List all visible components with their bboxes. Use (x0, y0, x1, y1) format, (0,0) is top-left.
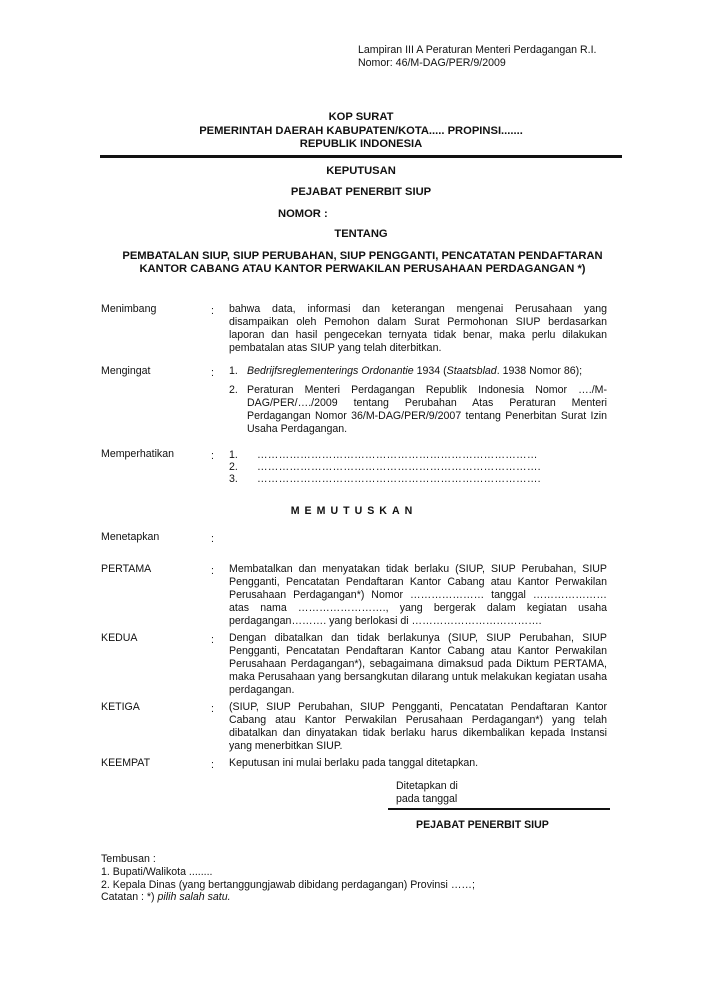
separator-colon: : (211, 305, 214, 318)
legal-reference-italic: Bedrijfsreglementerings Ordonantie (247, 365, 414, 377)
diktum-label: KETIGA (101, 701, 140, 714)
list-item: 1. …………………………………………………………………… (229, 449, 607, 461)
letterhead-divider (100, 155, 622, 158)
list-item: 2. ……………………………………………………………………. (229, 461, 607, 473)
diktum-text: (SIUP, SIUP Perubahan, SIUP Pengganti, P… (229, 701, 607, 753)
note-text: pilih salah satu. (158, 891, 231, 903)
diktum-content: (SIUP, SIUP Perubahan, SIUP Pengganti, P… (229, 701, 607, 753)
decree-number-label: NOMOR : (278, 208, 328, 221)
signature-date: pada tanggal (396, 793, 458, 806)
carbon-copy-item: 2. Kepala Dinas (yang bertanggungjawab d… (101, 879, 475, 892)
diktum-text: Dengan dibatalkan dan tidak berlakunya (… (229, 632, 607, 697)
item-number: 3. (229, 473, 238, 486)
separator-colon: : (211, 565, 214, 578)
section-label: Memperhatikan (101, 448, 174, 461)
carbon-copy-item: 1. Bupati/Walikota ........ (101, 866, 475, 879)
separator-colon: : (211, 533, 214, 546)
decision-heading: MEMUTUSKAN (100, 505, 608, 518)
separator-colon: : (211, 703, 214, 716)
item-number: 1. (229, 365, 238, 378)
letterhead: KOP SURAT PEMERINTAH DAERAH KABUPATEN/KO… (100, 111, 622, 152)
diktum-text: Keputusan ini mulai berlaku pada tanggal… (229, 757, 607, 770)
list-item: 3. ……………………………………………………………………. (229, 473, 607, 485)
diktum-content: Dengan dibatalkan dan tidak berlakunya (… (229, 632, 607, 697)
about-heading: TENTANG (100, 228, 622, 241)
diktum-label: PERTAMA (101, 563, 151, 576)
diktum-content: Keputusan ini mulai berlaku pada tanggal… (229, 757, 607, 770)
signature-block: Ditetapkan di pada tanggal (396, 780, 458, 806)
separator-colon: : (211, 450, 214, 463)
list-item: 1. Bedrijfsreglementerings Ordonantie 19… (229, 365, 607, 378)
menimbang-text: bahwa data, informasi dan keterangan men… (229, 303, 607, 355)
decree-heading: KEPUTUSAN (100, 165, 622, 178)
separator-colon: : (211, 634, 214, 647)
separator-colon: : (211, 759, 214, 772)
list-item: 2. Peraturan Menteri Perdagangan Republi… (229, 384, 607, 436)
lampiran-line-1: Lampiran III A Peraturan Menteri Perdaga… (358, 44, 597, 57)
section-content: 1. …………………………………………………………………… 2. …………………… (229, 449, 607, 485)
letterhead-title: KOP SURAT (100, 111, 622, 125)
section-content: bahwa data, informasi dan keterangan men… (229, 303, 607, 355)
signature-divider (388, 808, 610, 810)
section-label: Menimbang (101, 303, 156, 316)
carbon-copy-section: Tembusan : 1. Bupati/Walikota ........ 2… (101, 853, 475, 904)
signature-title: PEJABAT PENERBIT SIUP (416, 819, 549, 832)
legal-reference-text: . 1938 Nomor 86); (497, 365, 582, 377)
letterhead-government: PEMERINTAH DAERAH KABUPATEN/KOTA..... PR… (100, 125, 622, 139)
diktum-text: Membatalkan dan menyatakan tidak berlaku… (229, 563, 607, 628)
diktum-label: KEEMPAT (101, 757, 150, 770)
separator-colon: : (211, 367, 214, 380)
decree-subject: PEMBATALAN SIUP, SIUP PERUBAHAN, SIUP PE… (110, 250, 615, 276)
legal-reference-italic: Staatsblad (447, 365, 497, 377)
section-label: Mengingat (101, 365, 150, 378)
signature-place: Ditetapkan di (396, 780, 458, 793)
note: Catatan : *) pilih salah satu. (101, 891, 475, 904)
section-content: 1. Bedrijfsreglementerings Ordonantie 19… (229, 365, 607, 436)
legal-reference-text: Peraturan Menteri Perdagangan Republik I… (247, 384, 607, 436)
section-label: Menetapkan (101, 531, 159, 544)
letterhead-country: REPUBLIK INDONESIA (100, 138, 622, 152)
diktum-label: KEDUA (101, 632, 138, 645)
issuer-heading: PEJABAT PENERBIT SIUP (100, 186, 622, 199)
diktum-content: Membatalkan dan menyatakan tidak berlaku… (229, 563, 607, 628)
legal-reference-text: 1934 ( (414, 365, 447, 377)
note-label: Catatan : *) (101, 891, 158, 903)
blank-field: ……………………………………………………………………. (257, 473, 541, 486)
lampiran-reference: Lampiran III A Peraturan Menteri Perdaga… (358, 44, 597, 70)
item-number: 2. (229, 384, 238, 397)
lampiran-line-2: Nomor: 46/M-DAG/PER/9/2009 (358, 57, 597, 70)
carbon-copy-label: Tembusan : (101, 853, 475, 866)
